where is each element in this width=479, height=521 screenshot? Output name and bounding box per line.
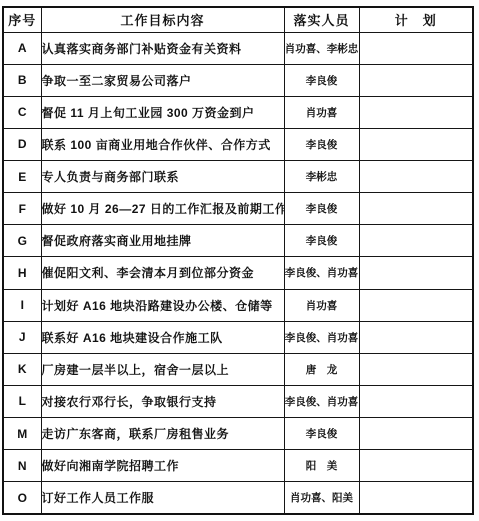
personnel-cell: 李良俊 [284,64,359,96]
table-row: J联系好 A16 地块建设合作施工队李良俊、肖功喜 [3,321,473,353]
serial-cell: C [3,96,41,128]
personnel-cell: 阳 美 [284,450,359,482]
task-cell: 专人负责与商务部门联系 [41,161,284,193]
serial-cell: K [3,353,41,385]
serial-cell: G [3,225,41,257]
plan-cell [359,482,473,514]
task-cell: 厂房建一层半以上，宿舍一层以上 [41,353,284,385]
table-body: A认真落实商务部门补贴资金有关资料肖功喜、李彬忠B争取一至二家贸易公司落户李良俊… [3,32,473,514]
personnel-cell: 李良俊、肖功喜 [284,385,359,417]
personnel-cell: 唐 龙 [284,353,359,385]
personnel-cell: 李彬忠 [284,161,359,193]
personnel-cell: 李良俊 [284,128,359,160]
plan-cell [359,64,473,96]
table-row: D联系 100 亩商业用地合作伙伴、合作方式李良俊 [3,128,473,160]
serial-cell: M [3,418,41,450]
plan-cell [359,96,473,128]
serial-cell: A [3,32,41,64]
work-plan-table: 序号 工作目标内容 落实人员 计 划 A认真落实商务部门补贴资金有关资料肖功喜、… [2,6,474,515]
table-row: E专人负责与商务部门联系李彬忠 [3,161,473,193]
table-header: 序号 工作目标内容 落实人员 计 划 [3,7,473,32]
personnel-cell: 肖功喜、李彬忠 [284,32,359,64]
table-row: L对接农行邓行长，争取银行支持李良俊、肖功喜 [3,385,473,417]
serial-cell: I [3,289,41,321]
serial-cell: L [3,385,41,417]
task-cell: 走访广东客商，联系厂房租售业务 [41,418,284,450]
header-row: 序号 工作目标内容 落实人员 计 划 [3,7,473,32]
personnel-cell: 李良俊、肖功喜 [284,257,359,289]
header-plan: 计 划 [359,7,473,32]
task-cell: 计划好 A16 地块沿路建设办公楼、仓储等 [41,289,284,321]
table-row: M走访广东客商，联系厂房租售业务李良俊 [3,418,473,450]
task-cell: 督促政府落实商业用地挂牌 [41,225,284,257]
plan-cell [359,450,473,482]
plan-cell [359,321,473,353]
personnel-cell: 肖功喜 [284,96,359,128]
serial-cell: O [3,482,41,514]
personnel-cell: 肖功喜、阳美 [284,482,359,514]
plan-cell [359,161,473,193]
plan-cell [359,225,473,257]
document-page: 序号 工作目标内容 落实人员 计 划 A认真落实商务部门补贴资金有关资料肖功喜、… [0,0,479,521]
task-cell: 催促阳文利、李会清本月到位部分资金 [41,257,284,289]
serial-cell: J [3,321,41,353]
task-cell: 督促 11 月上旬工业园 300 万资金到户 [41,96,284,128]
personnel-cell: 李良俊、肖功喜 [284,321,359,353]
header-serial-number: 序号 [3,7,41,32]
serial-cell: E [3,161,41,193]
table-row: B争取一至二家贸易公司落户李良俊 [3,64,473,96]
table-row: G督促政府落实商业用地挂牌李良俊 [3,225,473,257]
header-implementation-personnel: 落实人员 [284,7,359,32]
plan-cell [359,289,473,321]
serial-cell: F [3,193,41,225]
plan-cell [359,32,473,64]
table-row: F做好 10 月 26—27 日的工作汇报及前期工作李良俊 [3,193,473,225]
personnel-cell: 肖功喜 [284,289,359,321]
table-row: K厂房建一层半以上，宿舍一层以上唐 龙 [3,353,473,385]
plan-cell [359,257,473,289]
serial-cell: N [3,450,41,482]
plan-cell [359,418,473,450]
table-row: C督促 11 月上旬工业园 300 万资金到户肖功喜 [3,96,473,128]
personnel-cell: 李良俊 [284,193,359,225]
task-cell: 做好向湘南学院招聘工作 [41,450,284,482]
table-row: I计划好 A16 地块沿路建设办公楼、仓储等肖功喜 [3,289,473,321]
plan-cell [359,353,473,385]
plan-cell [359,128,473,160]
personnel-cell: 李良俊 [284,418,359,450]
table-row: O订好工作人员工作服肖功喜、阳美 [3,482,473,514]
task-cell: 订好工作人员工作服 [41,482,284,514]
task-cell: 联系好 A16 地块建设合作施工队 [41,321,284,353]
serial-cell: D [3,128,41,160]
plan-cell [359,193,473,225]
task-cell: 联系 100 亩商业用地合作伙伴、合作方式 [41,128,284,160]
task-cell: 对接农行邓行长，争取银行支持 [41,385,284,417]
table-row: N做好向湘南学院招聘工作阳 美 [3,450,473,482]
header-work-target-content: 工作目标内容 [41,7,284,32]
table-row: A认真落实商务部门补贴资金有关资料肖功喜、李彬忠 [3,32,473,64]
serial-cell: H [3,257,41,289]
task-cell: 做好 10 月 26—27 日的工作汇报及前期工作 [41,193,284,225]
task-cell: 认真落实商务部门补贴资金有关资料 [41,32,284,64]
personnel-cell: 李良俊 [284,225,359,257]
table-row: H催促阳文利、李会清本月到位部分资金李良俊、肖功喜 [3,257,473,289]
serial-cell: B [3,64,41,96]
task-cell: 争取一至二家贸易公司落户 [41,64,284,96]
plan-cell [359,385,473,417]
